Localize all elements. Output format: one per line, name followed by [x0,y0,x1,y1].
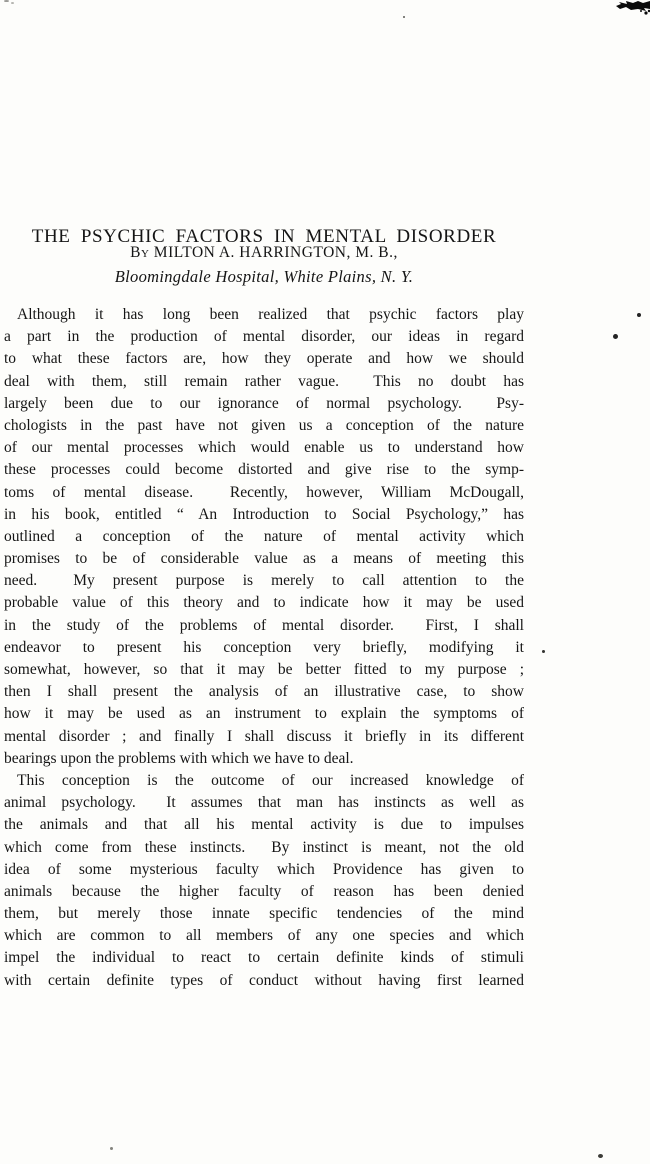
text-line: need. My present purpose is merely to ca… [4,570,524,592]
ink-speck-artifact [598,1154,603,1158]
text-line: toms of mental disease. Recently, howeve… [4,482,524,504]
ink-speck-artifact [613,334,618,339]
text-line: Although it has long been realized that … [4,304,524,326]
ink-speck-artifact [4,0,9,2]
text-line: in his book, entitled “ An Introduction … [4,504,524,526]
text-line: these processes could become distorted a… [4,459,524,481]
text-line: which come from these instincts. By inst… [4,837,524,859]
text-line: somewhat, however, so that it may be bet… [4,659,524,681]
ink-speck-artifact [110,1147,113,1150]
text-line: animal psychology. It assumes that man h… [4,792,524,814]
text-line: mental disorder ; and finally I shall di… [4,726,524,748]
text-line: a part in the production of mental disor… [4,326,524,348]
ink-speck-artifact [403,16,405,18]
text-line: which are common to all members of any o… [4,925,524,947]
ink-speck-artifact [11,2,14,4]
text-line: This conception is the outcome of our in… [4,770,524,792]
text-line: endeavor to present his conception very … [4,637,524,659]
scanned-paper-page: THE PSYCHIC FACTORS IN MENTAL DISORDER B… [0,0,650,1164]
article-body: Although it has long been realized that … [4,304,524,992]
text-line: them, but merely those innate specific t… [4,903,524,925]
text-line: impel the individual to react to certain… [4,947,524,969]
text-line: deal with them, still remain rather vagu… [4,371,524,393]
text-line: with certain definite types of conduct w… [4,970,524,992]
text-line: animals because the higher faculty of re… [4,881,524,903]
text-line: to what these factors are, how they oper… [4,348,524,370]
text-line: chologists in the past have not given us… [4,415,524,437]
text-line: then I shall present the analysis of an … [4,681,524,703]
text-line: probable value of this theory and to ind… [4,592,524,614]
article-byline: By MILTON A. HARRINGTON, M. B., [4,243,524,263]
text-line: how it may be used as an instrument to e… [4,703,524,725]
text-line: outlined a conception of the nature of m… [4,526,524,548]
text-line: idea of some mysterious faculty which Pr… [4,859,524,881]
ink-blot-artifact [614,0,650,16]
text-line: of our mental processes which would enab… [4,437,524,459]
text-line: bearings upon the problems with which we… [4,748,524,770]
ink-speck-artifact [542,650,545,653]
ink-speck-artifact [637,313,641,317]
text-line: largely been due to our ignorance of nor… [4,393,524,415]
text-line: promises to be of considerable value as … [4,548,524,570]
text-line: the animals and that all his mental acti… [4,814,524,836]
text-line: in the study of the problems of mental d… [4,615,524,637]
article-affiliation: Bloomingdale Hospital, White Plains, N. … [4,266,524,288]
